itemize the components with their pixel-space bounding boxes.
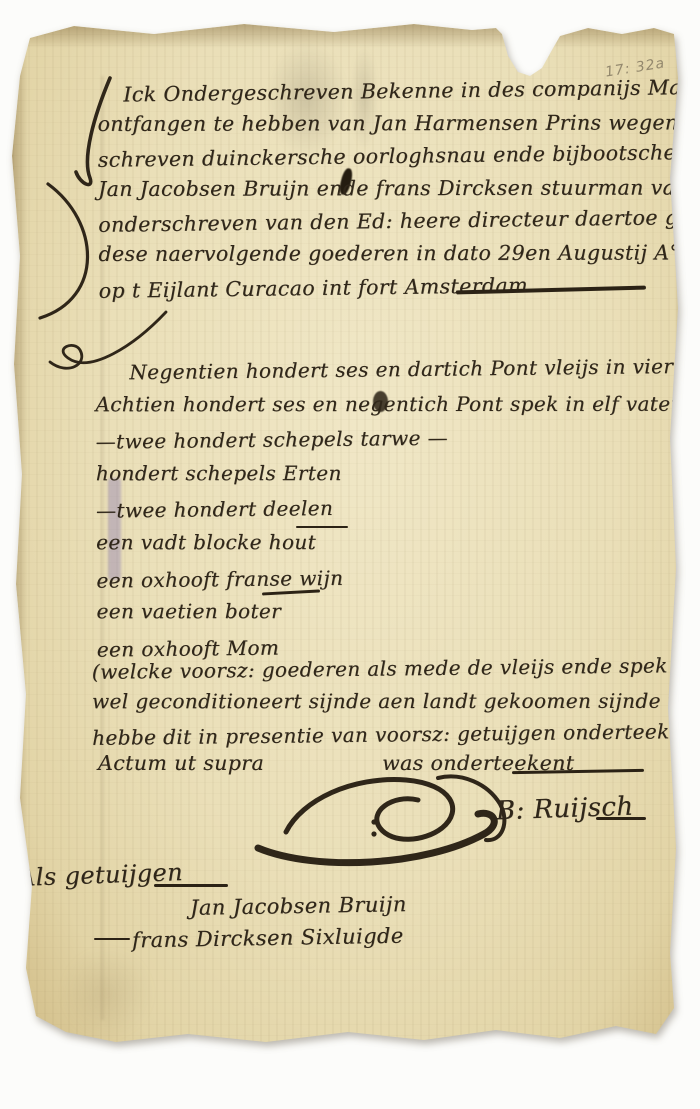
pen-stroke-rule: [154, 884, 228, 887]
text-line: onderschreven van den Ed: heere directeu…: [98, 200, 700, 242]
list-item: een vadt blocke hout: [96, 525, 700, 560]
list-item: een oxhooft franse wijn: [96, 556, 700, 598]
text-line: dese naervolgende goederen in dato 29en …: [98, 236, 700, 271]
list-item: Negentien hondert ses en dartich Pont vl…: [95, 348, 700, 390]
text-line: Ick Ondergeschreven Bekenne in des compa…: [97, 69, 700, 111]
witness-heading: Als getuijgen: [18, 858, 184, 892]
closing-paragraph: (welcke voorsz: goederen als mede de vle…: [92, 650, 700, 753]
list-item: hondert schepels Erten: [96, 456, 700, 491]
goods-list: Negentien hondert ses en dartich Pont vl…: [95, 350, 700, 665]
pen-stroke-rule: [296, 526, 348, 528]
signature-name: B: Ruijsch: [496, 792, 634, 827]
scanned-document-page: { "colors": { "background": "#fcfcfa", "…: [0, 0, 700, 1109]
paper-sheet: 17: 32a Ick Ondergeschreven Bekenne in d…: [4, 18, 694, 1080]
list-item: Achtien hondert ses en negentich Pont sp…: [95, 386, 700, 421]
text-line: Jan Jacobsen Bruijn ende frans Dircksen …: [98, 171, 700, 206]
list-item: —twee hondert schepels tarwe —: [95, 418, 700, 460]
text-line: schreven duinckersche oorloghsnau ende b…: [98, 134, 700, 176]
text-line: ontfangen te hebben van Jan Harmensen Pr…: [98, 106, 700, 141]
paper-surface: 17: 32a Ick Ondergeschreven Bekenne in d…: [4, 18, 694, 1080]
text-line: (welcke voorsz: goederen als mede de vle…: [92, 648, 700, 689]
witness-signature: frans Dircksen Sixluigde: [132, 924, 404, 953]
pen-stroke-rule: [596, 817, 646, 820]
actum-text: Actum ut supra: [98, 751, 264, 775]
opening-paragraph: Ick Ondergeschreven Bekenne in des compa…: [97, 71, 700, 304]
text-line: hebbe dit in presentie van voorsz: getui…: [92, 714, 700, 755]
witness-signature: Jan Jacobsen Bruijn: [190, 892, 407, 920]
text-line: wel geconditioneert sijnde aen landt gek…: [92, 685, 700, 719]
pen-stroke-rule: [94, 938, 130, 940]
list-item: —twee hondert deelen: [96, 487, 700, 529]
list-item: een vaetien boter: [97, 594, 700, 629]
signature-paraph: [256, 770, 526, 866]
paper-stain: [62, 948, 152, 1038]
